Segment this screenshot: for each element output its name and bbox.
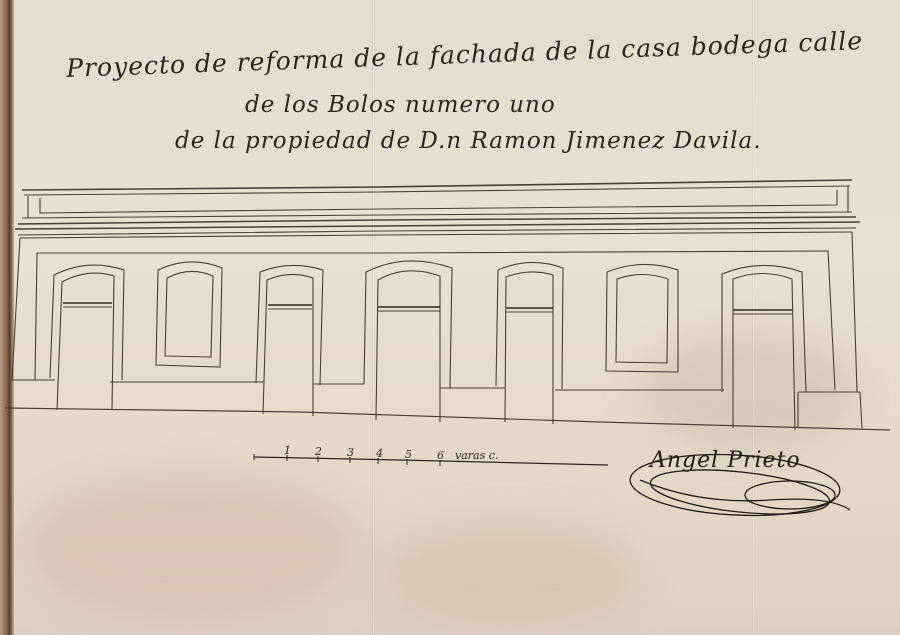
plinth [5,380,890,430]
scale-tick-1: 1 [284,444,291,457]
door-5 [722,265,806,430]
wall-right-edge [852,232,857,392]
facade-elevation-drawing: 1 2 3 4 5 6 varas c. [0,0,900,635]
cornice [15,212,860,238]
door-2 [256,265,323,416]
window-2 [606,264,678,372]
scale-tick-3: 3 [347,446,354,459]
wall-left-edge [12,238,20,380]
wall-inner-panel [35,251,835,390]
scale-tick-5: 5 [405,448,412,461]
signature: Angel Prieto [650,448,801,473]
scale-tick-4: 4 [375,447,383,460]
scale-tick-6: 6 [437,449,444,462]
door-3 [364,261,452,422]
scale-unit-label: varas c. [455,449,498,462]
door-1 [50,265,124,410]
document-sheet: Proyecto de reforma de la fachada de la … [0,0,900,635]
scale-tick-2: 2 [314,445,322,458]
scale-bar: 1 2 3 4 5 6 varas c. [254,444,608,466]
door-4 [496,262,563,424]
window-1 [156,262,222,367]
